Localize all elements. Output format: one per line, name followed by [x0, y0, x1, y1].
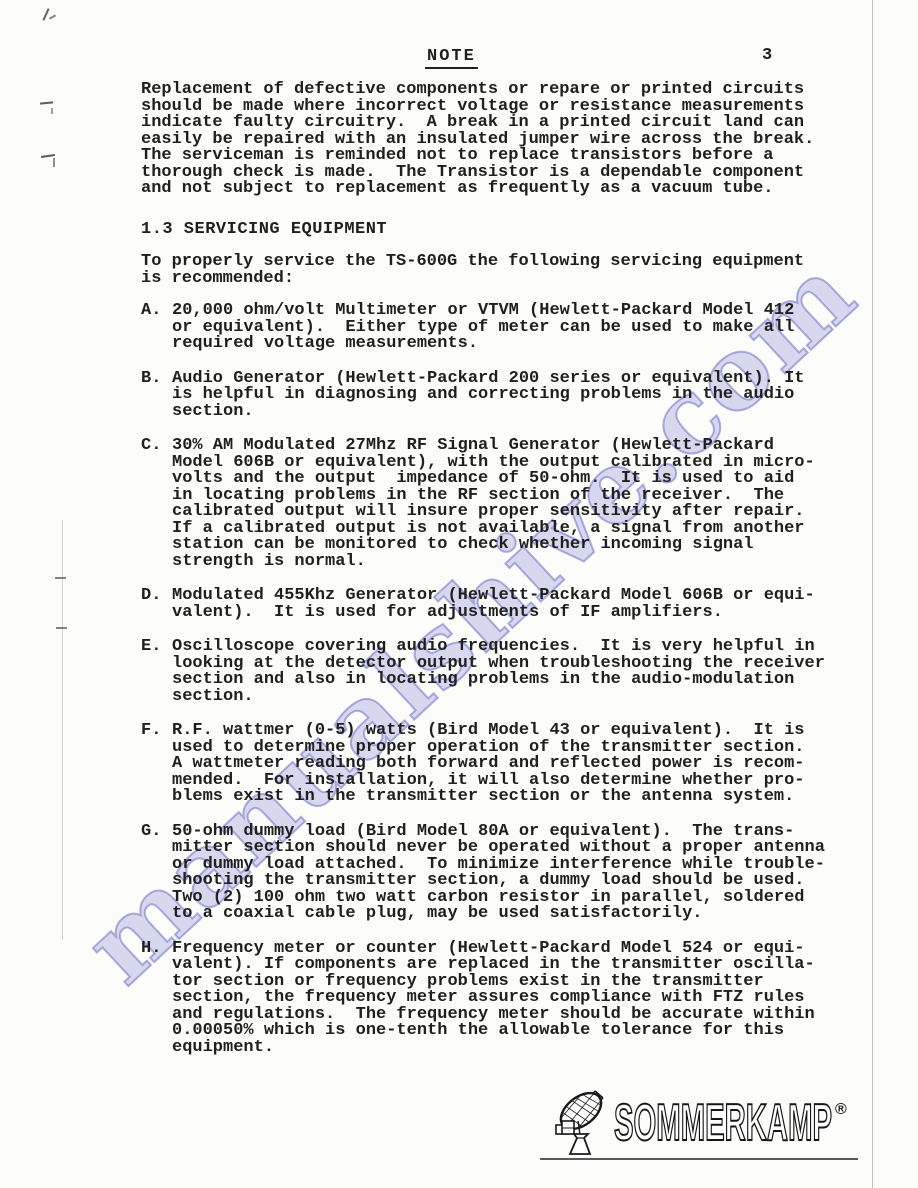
list-item-b: B. Audio Generator (Hewlett-Packard 200 …	[141, 371, 831, 421]
scan-artifact	[55, 577, 66, 579]
section-intro: To properly service the TS-600G the foll…	[141, 254, 831, 287]
list-item-letter: D.	[141, 588, 172, 621]
scan-scratch-line	[62, 520, 63, 940]
list-item-text: Audio Generator (Hewlett-Packard 200 ser…	[172, 371, 805, 421]
list-item-a: A. 20,000 ohm/volt Multimeter or VTVM (H…	[141, 303, 831, 353]
list-item-letter: A.	[141, 303, 172, 353]
list-item-text: 20,000 ohm/volt Multimeter or VTVM (Hewl…	[172, 303, 794, 353]
intro-paragraph: Replacement of defective components or r…	[141, 82, 831, 198]
list-item-letter: B.	[141, 371, 172, 421]
list-item-d: D. Modulated 455Khz Generator (Hewlett-P…	[141, 588, 831, 621]
list-item-letter: H.	[141, 941, 172, 1057]
list-item-letter: F.	[141, 723, 172, 806]
list-item-c: C. 30% AM Modulated 27Mhz RF Signal Gene…	[141, 438, 831, 570]
list-item-e: E. Oscilloscope covering audio frequenci…	[141, 639, 831, 705]
note-heading: NOTE	[425, 49, 478, 69]
logo-underline	[540, 1158, 858, 1160]
registered-trademark-symbol: ®	[835, 1102, 847, 1119]
list-item-text: Frequency meter or counter (Hewlett-Pack…	[172, 941, 815, 1057]
list-item-letter: G.	[141, 824, 172, 923]
list-item-text: 30% AM Modulated 27Mhz RF Signal Generat…	[172, 438, 815, 570]
list-item-text: Modulated 455Khz Generator (Hewlett-Pack…	[172, 588, 815, 621]
list-item-f: F. R.F. wattmer (0-5) watts (Bird Model …	[141, 723, 831, 806]
list-item-text: R.F. wattmer (0-5) watts (Bird Model 43 …	[172, 723, 805, 806]
scan-artifact	[51, 108, 53, 114]
document-body: Replacement of defective components or r…	[141, 82, 831, 1074]
section-heading: 1.3 SERVICING EQUIPMENT	[141, 222, 831, 239]
list-item-text: 50-ohm dummy load (Bird Model 80A or equ…	[172, 824, 825, 923]
scan-artifact	[56, 627, 67, 629]
list-item-letter: E.	[141, 639, 172, 705]
list-item-h: H. Frequency meter or counter (Hewlett-P…	[141, 941, 831, 1057]
page-number: 3	[762, 48, 772, 65]
logo-wordmark: SOMMERKAMP	[614, 1096, 832, 1152]
list-item-letter: C.	[141, 438, 172, 570]
scan-artifact	[53, 158, 55, 167]
sommerkamp-logo: SOMMERKAMP ®	[540, 1082, 870, 1166]
list-item-g: G. 50-ohm dummy load (Bird Model 80A or …	[141, 824, 831, 923]
scan-artifact	[40, 101, 53, 104]
satellite-dish-icon	[554, 1088, 616, 1160]
document-page: manualshive.com NOTE 3 Replacement of de…	[0, 0, 918, 1188]
scan-edge-line	[872, 0, 873, 1188]
scan-artifact	[42, 8, 49, 21]
list-item-text: Oscilloscope covering audio frequencies.…	[172, 639, 825, 705]
scan-artifact	[49, 14, 56, 19]
